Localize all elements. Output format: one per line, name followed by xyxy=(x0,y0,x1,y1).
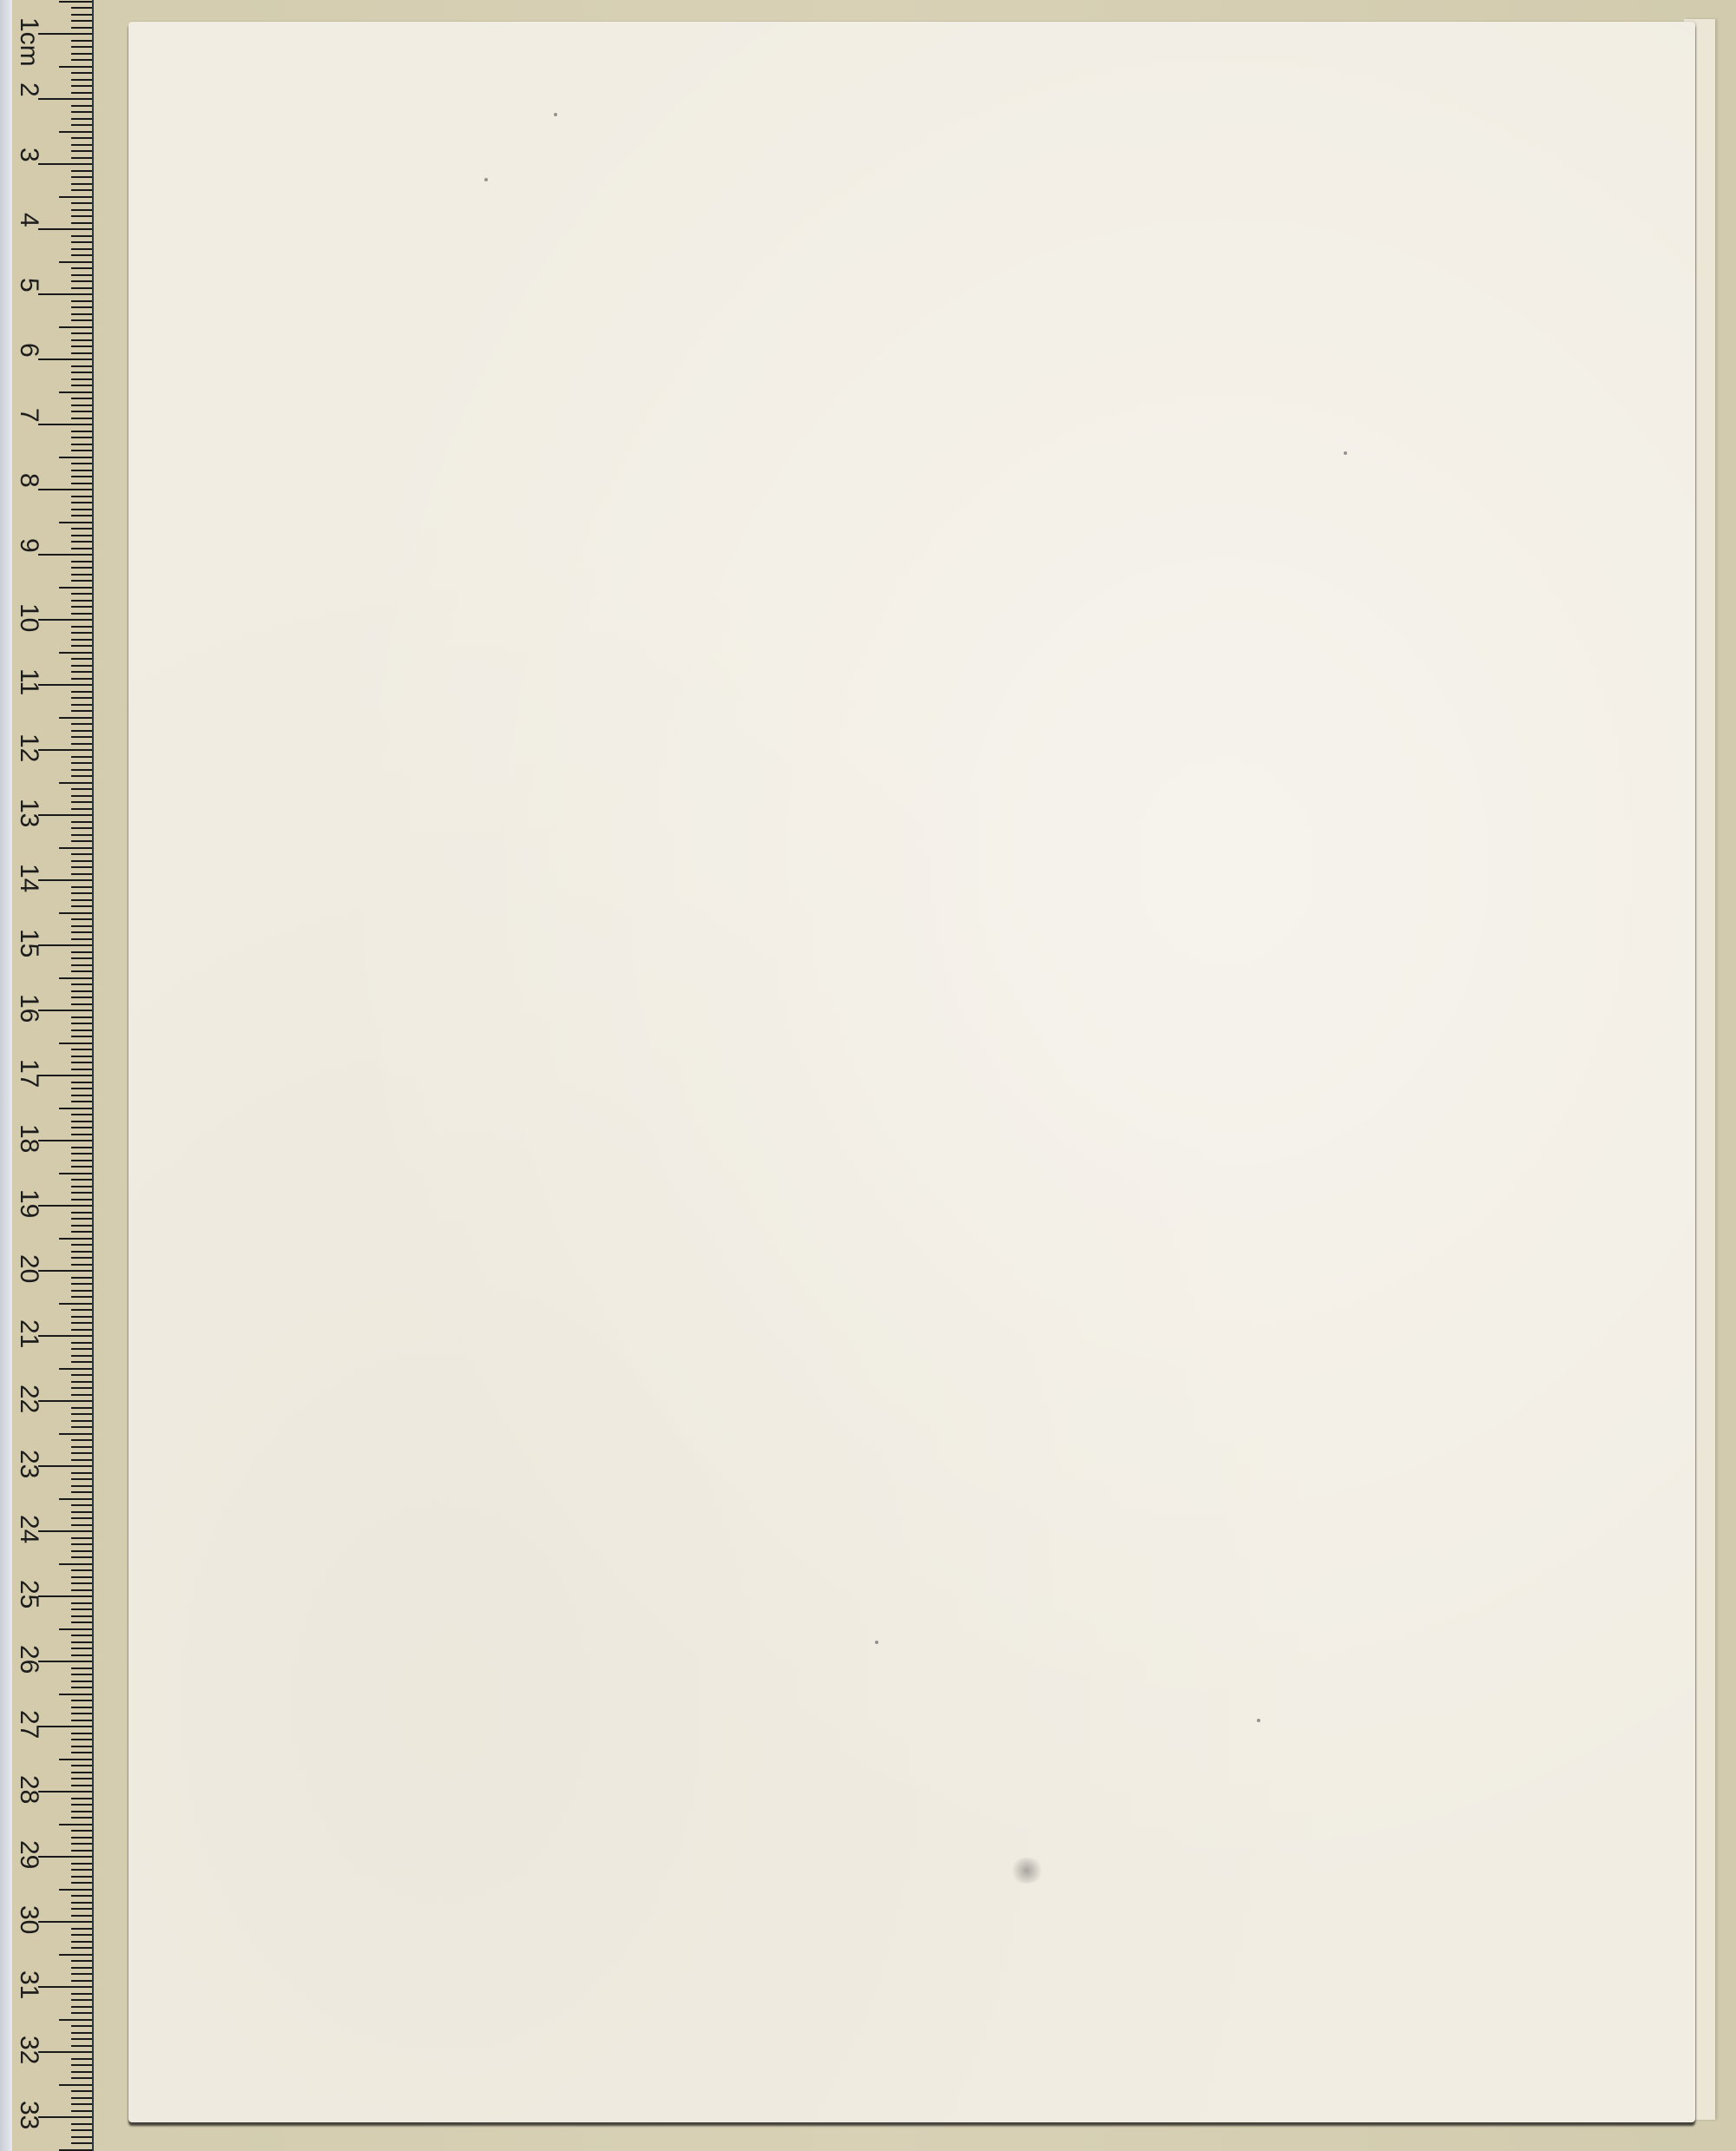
ruler-tick xyxy=(71,1746,92,1747)
ruler-tick xyxy=(71,1967,92,1969)
ruler-tick xyxy=(71,1023,92,1024)
ruler-tick xyxy=(71,209,92,211)
ruler-tick xyxy=(71,1160,92,1161)
ruler-tick xyxy=(71,743,92,745)
ruler-tick xyxy=(71,319,92,321)
ruler-tick xyxy=(71,957,92,959)
ruler-tick xyxy=(38,2116,92,2118)
ruler-tick xyxy=(71,1837,92,1839)
ruler-tick xyxy=(71,1517,92,1519)
ruler-tick xyxy=(71,1459,92,1461)
ruler-tick xyxy=(71,1876,92,1878)
ruler-tick xyxy=(71,378,92,380)
ruler-tick xyxy=(71,332,92,334)
paper-speck xyxy=(484,178,488,181)
ruler-tick xyxy=(71,352,92,354)
ruler-tick xyxy=(59,1043,92,1044)
ruler-tick xyxy=(71,92,92,94)
ruler-tick xyxy=(71,1192,92,1194)
ruler-tick xyxy=(71,157,92,159)
ruler-label: 9 xyxy=(16,538,42,573)
ruler-tick xyxy=(71,990,92,992)
ruler-tick xyxy=(38,1465,92,1467)
ruler-tick xyxy=(71,2097,92,2099)
ruler-tick xyxy=(71,645,92,647)
ruler-tick xyxy=(38,228,92,230)
ruler-tick xyxy=(38,1010,92,1011)
ruler-tick xyxy=(71,46,92,48)
ruler-label: 29 xyxy=(16,1840,42,1875)
ruler-tick xyxy=(71,1056,92,1057)
ruler-tick xyxy=(59,782,92,784)
ruler-tick xyxy=(71,1569,92,1571)
ruler-tick xyxy=(71,1674,92,1675)
ruler-tick xyxy=(71,287,92,289)
ruler-tick xyxy=(71,483,92,484)
ruler-label: 28 xyxy=(16,1775,42,1810)
ruler-tick xyxy=(38,163,92,165)
ruler-tick xyxy=(71,756,92,758)
ruler-tick xyxy=(71,808,92,810)
ruler-label: 31 xyxy=(16,1970,42,2005)
ruler-tick xyxy=(71,1218,92,1220)
ruler-tick xyxy=(71,444,92,445)
ruler-tick xyxy=(71,365,92,367)
ruler-tick xyxy=(71,567,92,569)
ruler-tick xyxy=(71,600,92,602)
ruler-tick xyxy=(38,1270,92,1272)
ruler-tick xyxy=(71,398,92,399)
ruler-tick xyxy=(38,554,92,556)
ruler-tick xyxy=(71,1355,92,1357)
ruler-tick xyxy=(71,2110,92,2112)
ruler-tick xyxy=(71,411,92,412)
ruler-tick xyxy=(71,1947,92,1949)
ruler-tick xyxy=(38,879,92,881)
ruler-tick xyxy=(38,1400,92,1402)
ruler-tick xyxy=(71,1928,92,1930)
ruler-tick xyxy=(71,723,92,725)
ruler-tick xyxy=(71,1251,92,1253)
ruler-tick xyxy=(71,1199,92,1200)
ruler-tick xyxy=(71,970,92,972)
ruler-tick xyxy=(59,1563,92,1565)
ruler-tick xyxy=(71,1244,92,1246)
ruler-tick xyxy=(71,606,92,608)
ruler-tick xyxy=(71,1420,92,1422)
ruler-tick xyxy=(71,1511,92,1513)
ruler-tick xyxy=(71,710,92,712)
ruler-tick xyxy=(71,938,92,940)
ruler-tick xyxy=(71,613,92,615)
ruler-tick xyxy=(71,840,92,842)
ruler-tick xyxy=(71,1348,92,1350)
ruler-label: 8 xyxy=(16,473,42,508)
ruler-tick xyxy=(71,548,92,549)
ruler-tick xyxy=(71,1608,92,1610)
ruler-tick xyxy=(59,522,92,523)
ruler-tick xyxy=(71,1648,92,1649)
ruler-tick xyxy=(71,593,92,595)
ruler-tick xyxy=(71,7,92,9)
ruler-tick xyxy=(71,1283,92,1285)
ruler-tick xyxy=(71,535,92,536)
ruler-tick xyxy=(38,1075,92,1076)
ruler-label: 32 xyxy=(16,2036,42,2070)
ruler-tick xyxy=(71,105,92,107)
ruler-tick xyxy=(71,111,92,113)
ruler-tick xyxy=(71,1231,92,1233)
ruler-tick xyxy=(71,1257,92,1259)
ruler-tick xyxy=(71,27,92,29)
ruler-tick xyxy=(71,1491,92,1493)
ruler-tick xyxy=(71,1088,92,1089)
ruler-edge xyxy=(0,0,12,2151)
ruler-tick xyxy=(71,1322,92,1324)
ruler-tick xyxy=(71,1798,92,1799)
ruler-tick xyxy=(71,1804,92,1806)
ruler-tick xyxy=(71,79,92,81)
ruler-label: 26 xyxy=(16,1645,42,1680)
ruler-tick xyxy=(71,1589,92,1591)
ruler-tick xyxy=(71,1993,92,1995)
ruler-label: 10 xyxy=(16,603,42,638)
ruler-label: 17 xyxy=(16,1059,42,1094)
ruler-tick xyxy=(71,1700,92,1701)
ruler-tick xyxy=(71,736,92,738)
ruler-tick xyxy=(59,977,92,979)
ruler-tick xyxy=(71,1543,92,1545)
ruler-tick xyxy=(71,2103,92,2105)
ruler-label: 6 xyxy=(16,343,42,378)
ruler-tick xyxy=(71,1374,92,1376)
ruler-tick xyxy=(71,1309,92,1311)
ruler-tick xyxy=(71,450,92,451)
ruler-tick xyxy=(71,541,92,543)
ruler-tick xyxy=(71,2142,92,2144)
ruler-tick xyxy=(71,463,92,464)
ruler-tick xyxy=(71,1134,92,1135)
ruler-label: 23 xyxy=(16,1450,42,1484)
ruler-tick xyxy=(71,671,92,673)
ruler-tick xyxy=(71,1452,92,1454)
ruler-tick xyxy=(71,2136,92,2138)
ruler-tick xyxy=(71,1621,92,1623)
ruler-tick xyxy=(71,1049,92,1050)
ruler-tick xyxy=(71,280,92,282)
ruler-tick xyxy=(71,1980,92,1982)
ruler-tick xyxy=(71,1850,92,1852)
ruler-tick xyxy=(71,762,92,764)
ruler-tick xyxy=(38,293,92,295)
ruler-tick xyxy=(71,1817,92,1819)
ruler-tick xyxy=(38,1595,92,1597)
ruler-tick xyxy=(71,385,92,386)
ruler-label: 14 xyxy=(16,864,42,898)
ruler-tick xyxy=(71,1739,92,1740)
ruler-tick xyxy=(71,1576,92,1578)
ruler-tick xyxy=(59,196,92,198)
ruler-tick xyxy=(71,964,92,966)
paper-speck xyxy=(875,1641,878,1644)
ruler-label: 27 xyxy=(16,1710,42,1745)
ruler-tick xyxy=(71,476,92,477)
ruler-tick xyxy=(71,1290,92,1292)
ruler-tick xyxy=(71,1915,92,1917)
paper-speck xyxy=(1257,1719,1260,1722)
ruler-tick xyxy=(71,40,92,42)
ruler-tick xyxy=(71,1147,92,1148)
ruler-tick xyxy=(71,1960,92,1962)
ruler-tick xyxy=(71,788,92,790)
ruler-tick xyxy=(71,1654,92,1656)
ruler-tick xyxy=(71,1121,92,1122)
ruler-tick xyxy=(71,470,92,471)
ruler-tick xyxy=(71,1934,92,1936)
ruler-tick xyxy=(38,489,92,490)
ruler-tick xyxy=(71,515,92,516)
ruler-label: 2 xyxy=(16,82,42,117)
ruler-tick xyxy=(71,704,92,706)
ruler-tick xyxy=(71,1524,92,1526)
ruler-tick xyxy=(71,59,92,61)
ruler-tick xyxy=(71,795,92,797)
ruler-tick xyxy=(38,749,92,751)
ruler-tick xyxy=(59,1954,92,1956)
ruler-tick xyxy=(59,131,92,133)
ruler-tick xyxy=(71,1016,92,1018)
ruler-tick xyxy=(59,1238,92,1240)
ruler-tick xyxy=(59,1759,92,1760)
ruler-tick xyxy=(71,853,92,855)
ruler-tick xyxy=(59,1303,92,1305)
ruler-label: 7 xyxy=(16,408,42,443)
ruler-label: 13 xyxy=(16,799,42,833)
ruler-tick xyxy=(71,1439,92,1441)
ruler-tick xyxy=(59,1889,92,1891)
ruler-tick xyxy=(71,899,92,901)
ruler-tick xyxy=(71,222,92,224)
ruler-tick xyxy=(71,1765,92,1766)
ruler-tick xyxy=(59,326,92,328)
ruler-tick xyxy=(71,873,92,875)
ruler-tick xyxy=(71,769,92,771)
ruler-tick xyxy=(38,1986,92,1988)
ruler-tick xyxy=(71,1811,92,1812)
ruler-tick xyxy=(59,457,92,458)
ruler-label: 4 xyxy=(16,213,42,247)
ruler-tick xyxy=(59,587,92,589)
ruler-tick xyxy=(71,1003,92,1005)
ruler-tick xyxy=(71,1895,92,1897)
ruler-tick xyxy=(71,1602,92,1604)
ruler-tick xyxy=(71,1681,92,1682)
ruler-tick xyxy=(71,1277,92,1279)
ruler-tick xyxy=(59,2149,92,2151)
ruler-tick xyxy=(71,1752,92,1753)
ruler-tick xyxy=(71,1785,92,1786)
ruler-tick xyxy=(38,1791,92,1792)
ruler-tick xyxy=(71,1537,92,1539)
ruler-tick xyxy=(71,1407,92,1409)
ruler-tick xyxy=(71,85,92,87)
ruler-label: 12 xyxy=(16,733,42,768)
ruler-tick xyxy=(71,1830,92,1832)
ruler-tick xyxy=(71,2032,92,2034)
ruler-tick xyxy=(59,1824,92,1825)
ruler-tick xyxy=(71,905,92,907)
ruler-tick xyxy=(71,1127,92,1128)
ruler-tick xyxy=(59,1694,92,1695)
ruler-tick xyxy=(71,1733,92,1734)
ruler-tick xyxy=(71,730,92,732)
ruler-tick xyxy=(59,391,92,393)
ruler-label: 33 xyxy=(16,2101,42,2135)
ruler-tick xyxy=(71,931,92,933)
ruler-tick xyxy=(71,2090,92,2092)
ruler-tick xyxy=(71,1869,92,1871)
ruler-tick xyxy=(59,1,92,3)
ruler-tick xyxy=(71,866,92,868)
ruler-tick xyxy=(71,951,92,953)
ruler-label: 30 xyxy=(16,1905,42,1940)
ruler-tick xyxy=(71,1908,92,1910)
ruler-tick xyxy=(71,918,92,920)
ruler-tick xyxy=(71,1166,92,1168)
ruler-tick xyxy=(71,827,92,829)
ruler-tick xyxy=(71,1095,92,1096)
paper-speck xyxy=(1344,451,1347,455)
ruler-tick xyxy=(71,202,92,204)
ruler-tick xyxy=(71,431,92,432)
ruler-tick xyxy=(71,925,92,927)
ruler-tick xyxy=(71,137,92,139)
ruler-label: 19 xyxy=(16,1189,42,1224)
ruler-label: 25 xyxy=(16,1580,42,1615)
ruler-tick xyxy=(71,2058,92,2060)
ruler-tick xyxy=(71,418,92,419)
ruler-tick xyxy=(38,98,92,100)
ruler-tick xyxy=(71,274,92,276)
ruler-tick xyxy=(71,1387,92,1389)
ruler-tick xyxy=(71,632,92,634)
ruler-tick xyxy=(71,254,92,256)
ruler-label: 3 xyxy=(16,148,42,182)
ruler-tick xyxy=(59,1108,92,1109)
ruler-tick xyxy=(71,1504,92,1506)
ruler-tick xyxy=(71,1635,92,1636)
ruler-label: 16 xyxy=(16,994,42,1029)
ruler-tick xyxy=(71,2071,92,2073)
ruler-tick xyxy=(71,2077,92,2079)
ruler-tick xyxy=(71,626,92,628)
ruler-tick xyxy=(71,834,92,836)
ruler-tick xyxy=(71,697,92,699)
ruler-tick xyxy=(71,1342,92,1344)
ruler-tick xyxy=(71,176,92,178)
ruler-tick xyxy=(71,1973,92,1975)
ruler-tick xyxy=(71,118,92,120)
ruler-tick xyxy=(38,1205,92,1207)
ruler-tick xyxy=(71,241,92,243)
ruler-tick xyxy=(71,1329,92,1331)
ruler-tick xyxy=(71,235,92,237)
ruler-tick xyxy=(71,1225,92,1227)
ruler-tick xyxy=(71,183,92,185)
ruler-tick xyxy=(71,1707,92,1708)
ruler-tick xyxy=(59,652,92,654)
ruler-tick xyxy=(38,1661,92,1662)
ruler-tick xyxy=(71,405,92,406)
ruler-tick xyxy=(71,1999,92,2001)
ruler-label: 21 xyxy=(16,1319,42,1354)
ruler-tick xyxy=(71,691,92,693)
ruler-tick xyxy=(71,189,92,191)
ruler-tick xyxy=(71,892,92,894)
ruler-tick xyxy=(38,684,92,686)
ruler-tick xyxy=(71,1772,92,1773)
ruler-tick xyxy=(71,509,92,510)
ruler-tick xyxy=(71,2006,92,2008)
ruler-tick xyxy=(71,1029,92,1031)
ruler-tick xyxy=(71,1882,92,1884)
ruler-label: 15 xyxy=(16,929,42,964)
ruler-tick xyxy=(38,814,92,816)
ruler-label: 11 xyxy=(16,668,42,703)
ruler-tick xyxy=(59,2019,92,2021)
ruler-tick xyxy=(59,1498,92,1500)
ruler-tick xyxy=(71,1615,92,1617)
ruler-tick xyxy=(71,1472,92,1474)
ruler-tick xyxy=(71,1550,92,1552)
ruler-tick xyxy=(71,72,92,74)
ruler-tick xyxy=(71,14,92,16)
ruler-tick xyxy=(71,1478,92,1480)
ruler-tick xyxy=(38,358,92,360)
ink-smudge xyxy=(1009,1858,1044,1884)
ruler-tick xyxy=(38,1921,92,1923)
ruler-tick xyxy=(71,150,92,152)
ruler-tick xyxy=(59,717,92,719)
ruler-tick xyxy=(71,1902,92,1904)
ruler-tick xyxy=(71,1485,92,1487)
ruler-tick xyxy=(38,1856,92,1858)
ruler-tick xyxy=(71,821,92,823)
ruler-tick xyxy=(71,124,92,126)
ruler-tick xyxy=(71,502,92,503)
ruler-tick xyxy=(71,1264,92,1266)
ruler-tick xyxy=(71,300,92,302)
ruler-tick xyxy=(71,1394,92,1396)
ruler-tick xyxy=(71,1361,92,1363)
ruler-tick xyxy=(71,1863,92,1865)
ruler-tick xyxy=(71,1062,92,1063)
ruler-tick xyxy=(71,1114,92,1115)
ruler-tick xyxy=(71,267,92,269)
centimeter-ruler: 1cm2345678910111213141516171819202122232… xyxy=(12,0,94,2151)
ruler-tick xyxy=(71,496,92,497)
ruler-tick xyxy=(71,2064,92,2066)
ruler-tick xyxy=(38,1335,92,1337)
ruler-tick xyxy=(38,944,92,946)
ruler-tick xyxy=(71,665,92,667)
ruler-tick xyxy=(38,1726,92,1727)
ruler-tick xyxy=(71,170,92,172)
ruler-tick xyxy=(71,215,92,217)
ruler-tick xyxy=(71,1720,92,1721)
ruler-tick xyxy=(71,2038,92,2040)
ruler-label: 22 xyxy=(16,1385,42,1419)
